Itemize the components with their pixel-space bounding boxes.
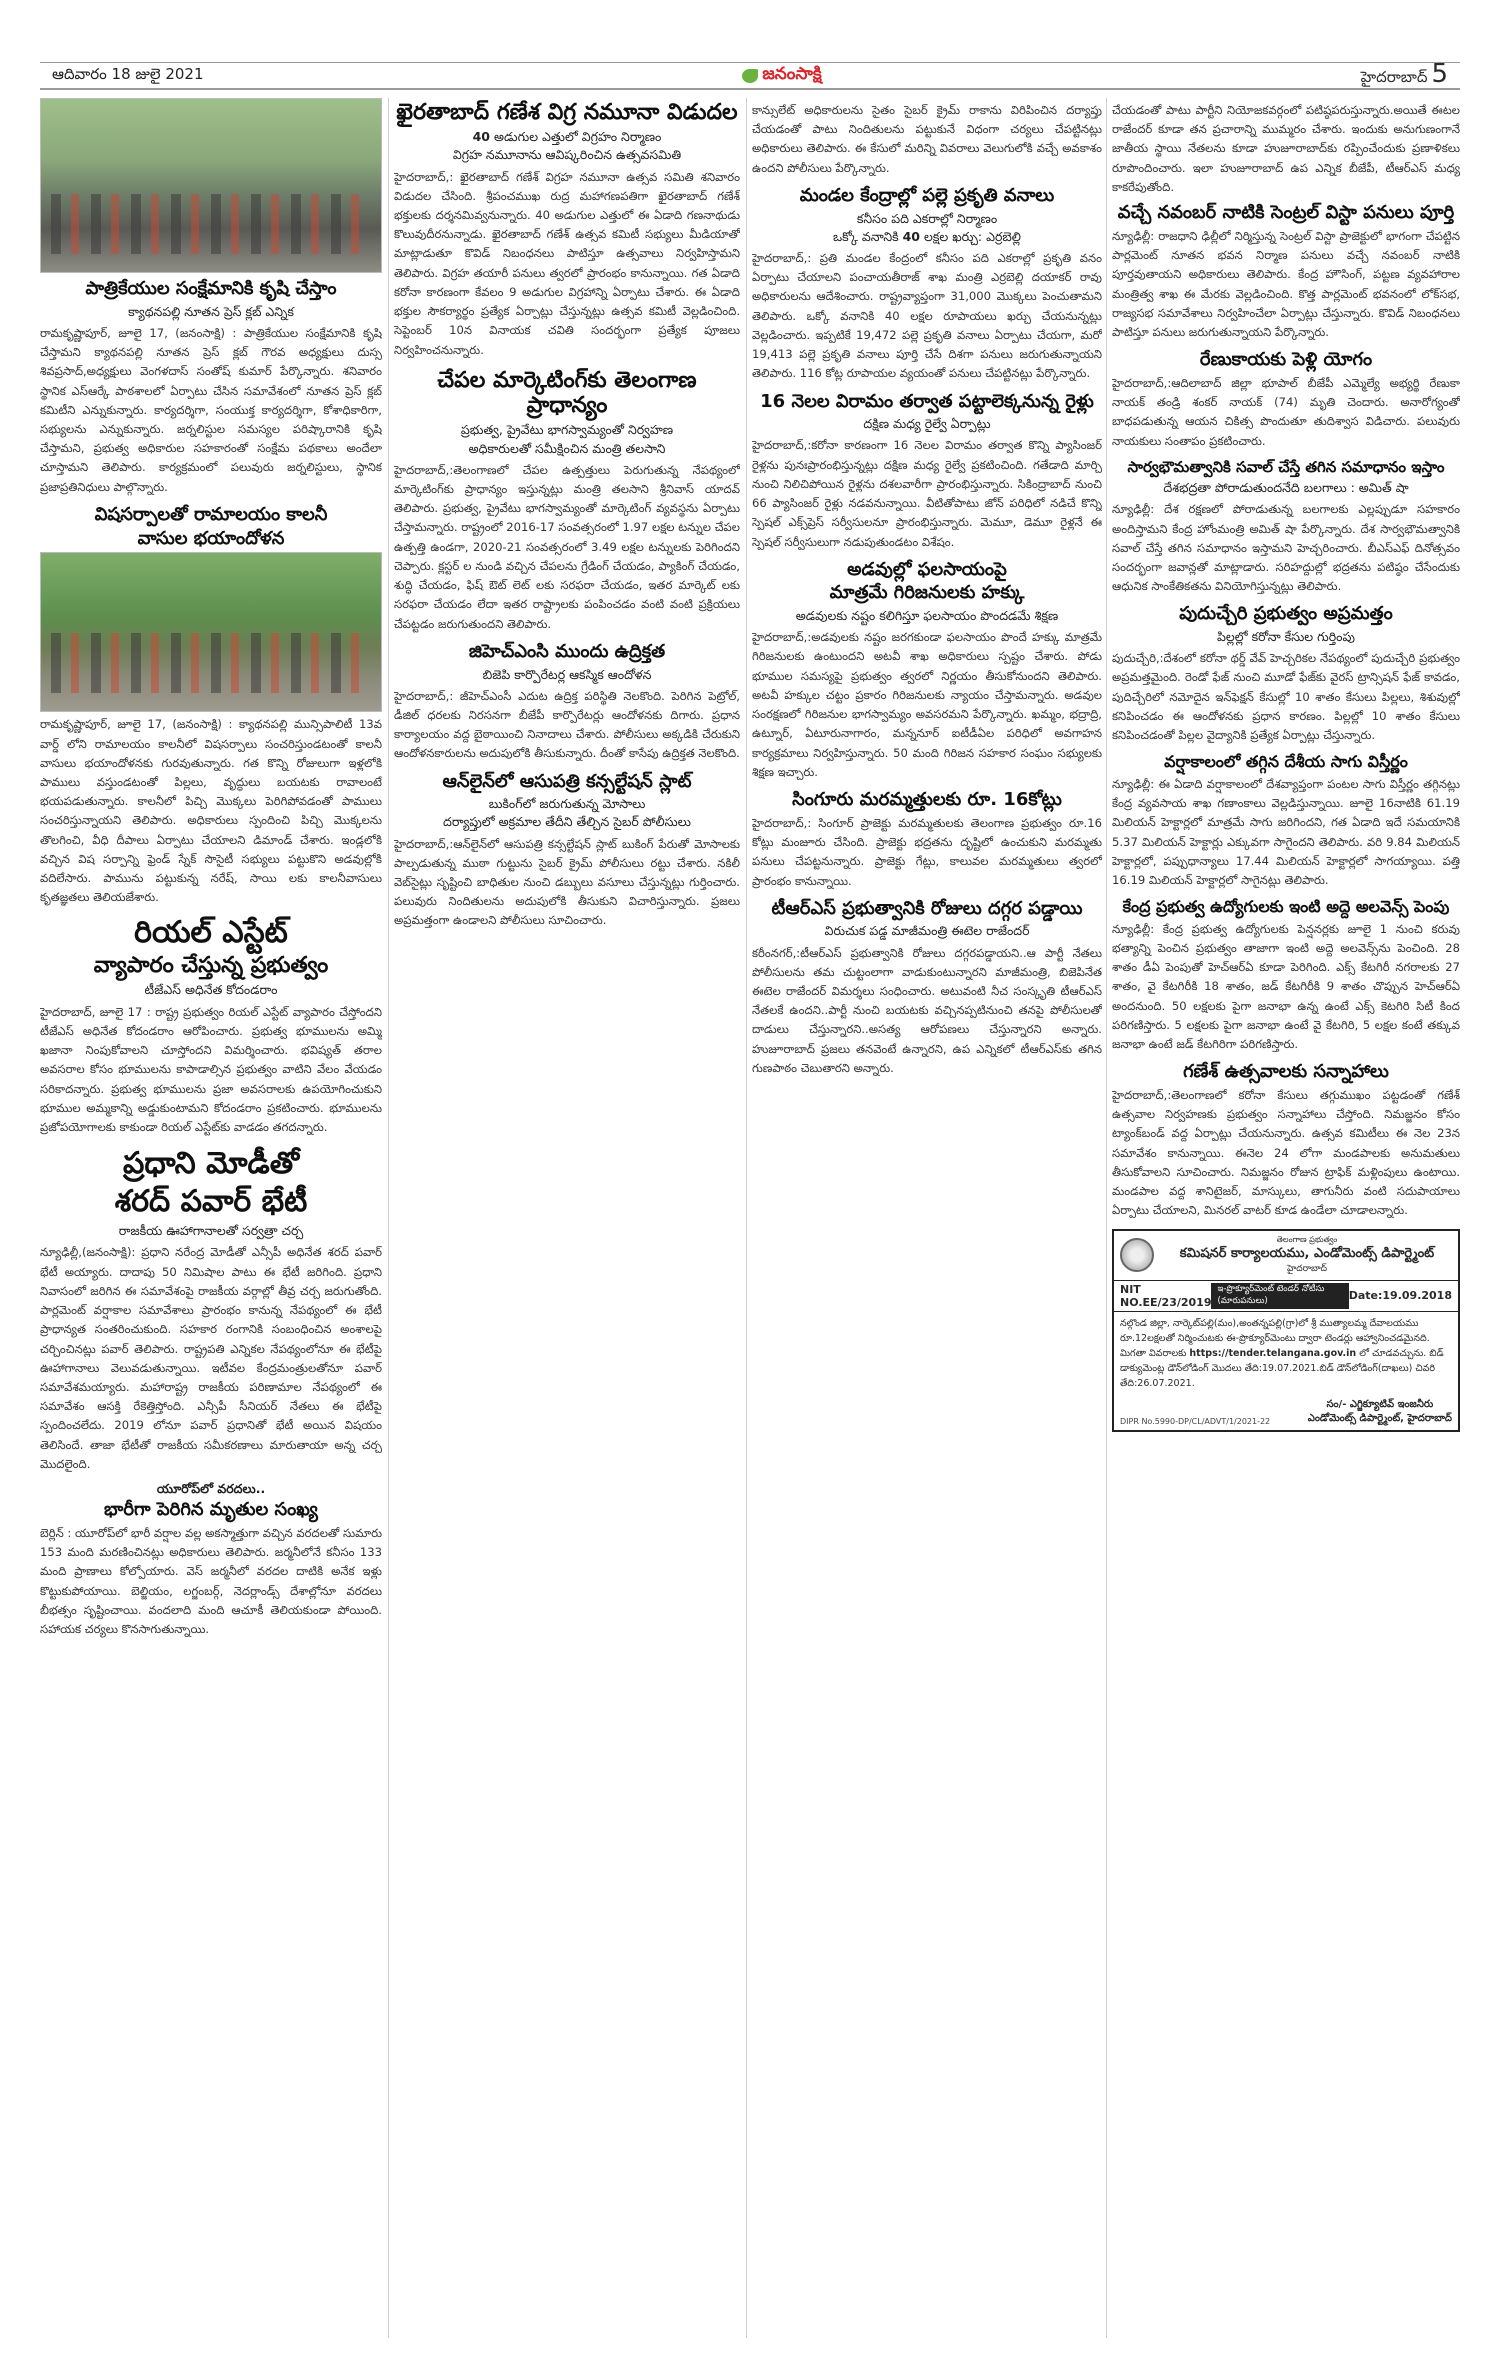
subheadline: అడవులకు నష్టం కలిగిస్తూ ఫలసాయం పొందడమే శ… bbox=[752, 607, 1102, 625]
page-masthead: ఆదివారం 18 జులై 2021 జనంసాక్షి హైదరాబాద్… bbox=[40, 62, 1460, 90]
article-renuka[interactable]: రేణుకాయకు పెళ్లి యోగం హైదరాబాద్,:ఆదిలాబా… bbox=[1112, 350, 1460, 451]
article-body: న్యూఢిల్లీ: కేంద్ర ప్రభుత్వ ఉద్యోగులకు ప… bbox=[1112, 920, 1460, 1055]
issue-date: ఆదివారం 18 జులై 2021 bbox=[52, 65, 204, 87]
article-body: హైదరాబాద్,: ఖైరతాబాద్ గణేశ్ విగ్రహ నమూనా… bbox=[394, 168, 740, 360]
ad-header: తెలంగాణ ప్రభుత్వం కమిషనర్ కార్యాలయము, ఎం… bbox=[1114, 1231, 1458, 1281]
subheadline-line-2: విగ్రహ నమూనాను ఆవిష్కరించిన ఉత్సవసమితి bbox=[394, 146, 740, 164]
article-modi-pawar[interactable]: ప్రధాని మోడీతో శరద్ పవార్ భేటీ రాజకీయ ఊహ… bbox=[40, 1147, 382, 1474]
column-divider bbox=[388, 98, 389, 2338]
headline: పాత్రికేయుల సంక్షేమానికి కృషి చేస్తాం bbox=[40, 279, 382, 300]
article-body: హైదరాబాద్,:తెలంగాణలో చేపల ఉత్పత్తులు పెర… bbox=[394, 461, 740, 634]
headline-line-2: శరద్ పవార్ భేటీ bbox=[40, 1185, 382, 1220]
article-body: హైదరాబాద్,: జీహెచ్‌ఎంసీ ఎదుట ఉద్రిక్త పర… bbox=[394, 687, 740, 764]
article-snake-colony[interactable]: విషసర్పాలతో రామాలయం కాలనీ వాసుల భయాందోళన… bbox=[40, 505, 382, 908]
article-security-review[interactable]: సార్వభౌమత్వానికి సవాల్ చేస్తే తగిన సమాధా… bbox=[1112, 459, 1460, 597]
subheadline-line-1: బుకింగ్‌లో జరుగుతున్న మోసాలు bbox=[394, 795, 740, 813]
height-value: 40 bbox=[473, 129, 490, 144]
article-hra-allowance[interactable]: కేంద్ర ప్రభుత్వ ఉద్యోగులకు ఇంటి అద్దె అల… bbox=[1112, 898, 1460, 1054]
article-monsoon-sowing[interactable]: వర్షాకాలంలో తగ్గిన దేశీయ సాగు విస్తీర్ణం… bbox=[1112, 753, 1460, 890]
headline: కేంద్ర ప్రభుత్వ ఉద్యోగులకు ఇంటి అద్దె అల… bbox=[1112, 898, 1460, 916]
subheadline: పిల్లల్లో కరోనా కేసుల గుర్తింపు bbox=[1112, 628, 1460, 646]
subheadline-line-2: అధికారులతో సమీక్షించిన మంత్రి తలసాని bbox=[394, 440, 740, 458]
article-body: రామకృష్ణాపూర్, జూలై 17, (జనంసాక్షి) : క్… bbox=[40, 715, 382, 907]
article-body: పుదుచ్చేరి,:దేశంలో కరోనా థర్డ్ వేవ్ హెచ్… bbox=[1112, 649, 1460, 745]
headline: వర్షాకాలంలో తగ్గిన దేశీయ సాగు విస్తీర్ణం bbox=[1112, 753, 1460, 771]
edition-name: హైదరాబాద్ bbox=[1361, 68, 1428, 90]
subheadline-line-1: 40 అడుగుల ఎత్తులో విగ్రహం నిర్మాణం bbox=[394, 128, 740, 146]
column-2: ఖైరతాబాద్ గణేశ విగ్ర నమూనా విడుదల 40 అడు… bbox=[394, 98, 740, 2338]
article-body: హైదరాబాద్,:ఆదిలాబాద్ జిల్లా భూపాల్ బీజేప… bbox=[1112, 374, 1460, 451]
column-divider bbox=[1106, 98, 1107, 2338]
ad-department: కమిషనర్ కార్యాలయము, ఎండోమెంట్స్ డిపార్ట్… bbox=[1162, 1246, 1452, 1264]
street-photo bbox=[40, 552, 382, 712]
subheadline-line-2: ఒక్కో వనానికి 40 లక్షల ఖర్చు: ఎర్రబెల్లి bbox=[752, 228, 1102, 246]
headline: మండల కేంద్రాల్లో పల్లె ప్రకృతి వనాలు bbox=[752, 186, 1102, 207]
ad-date: Date:19.09.2018 bbox=[1349, 1289, 1452, 1302]
article-body: హైదరాబాద్,:తెలంగాణలో కరోనా కేసులు తగ్గుమ… bbox=[1112, 1086, 1460, 1221]
article-body: రామకృష్ణాపూర్, జూలై 17, (జనంసాక్షి) : పా… bbox=[40, 324, 382, 497]
headline: టీఆర్ఎస్ ప్రభుత్వానికి రోజులు దగ్గర పడ్డ… bbox=[752, 899, 1102, 920]
cost-value: 40 bbox=[903, 229, 920, 244]
article-trs-etela[interactable]: టీఆర్ఎస్ ప్రభుత్వానికి రోజులు దగ్గర పడ్డ… bbox=[752, 899, 1102, 1078]
headline-line-1: రియల్ ఎస్టేట్ bbox=[40, 916, 382, 951]
column-1: పాత్రికేయుల సంక్షేమానికి కృషి చేస్తాం క్… bbox=[40, 98, 382, 2338]
headline: భారీగా పెరిగిన మృతుల సంఖ్య bbox=[40, 1500, 382, 1521]
article-central-vista[interactable]: వచ్చే నవంబర్ నాటికి సెంట్రల్ విస్టా పనుల… bbox=[1112, 203, 1460, 342]
headline: సింగూరు మరమ్మత్తులకు రూ. 16కోట్లు bbox=[752, 790, 1102, 811]
edition-info: హైదరాబాద్ 5 bbox=[1361, 61, 1448, 90]
article-huzurabad[interactable]: చేయడంతో పాటు పార్టీని నియోజకవర్గంలో పటిష… bbox=[1112, 101, 1460, 197]
page-number: 5 bbox=[1431, 61, 1448, 87]
subheadline: రాజకీయ ఊహాగానాలతో సర్వత్రా చర్చ bbox=[40, 1222, 382, 1240]
article-body: హైదరాబాద్, జూలై 17 : రాష్ట్ర ప్రభుత్వం ర… bbox=[40, 1003, 382, 1138]
tender-tag: ఇ-ప్రొక్యూర్‌మెంట్ టెండర్ నోటీసు (మారుపన… bbox=[1211, 1283, 1348, 1309]
headline: పుదుచ్చేరి ప్రభుత్వం అప్రమత్తం bbox=[1112, 604, 1460, 625]
article-cyber-continued[interactable]: కాన్సులేట్ అధికారులను సైతం సైబర్ క్రైమ్ … bbox=[752, 101, 1102, 178]
article-fish-marketing[interactable]: చేపల మార్కెటింగ్‌కు తెలంగాణ ప్రాధాన్యం ప… bbox=[394, 368, 740, 634]
article-body: న్యూఢిల్లీ: రాజధాని ఢిల్లీలో నిర్మిస్తున… bbox=[1112, 227, 1460, 342]
subheadline: విరుచుక పడ్డ మాజీమంత్రి ఈటెల రాజేందర్ bbox=[752, 922, 1102, 940]
article-europe-floods[interactable]: యూరోప్‌లో వరదలు.. భారీగా పెరిగిన మృతుల స… bbox=[40, 1480, 382, 1639]
headline: వచ్చే నవంబర్ నాటికి సెంట్రల్ విస్టా పనుల… bbox=[1112, 203, 1460, 224]
article-body: హైదరాబాద్,: సింగూర్ ప్రాజెక్టు మరమ్మతులక… bbox=[752, 814, 1102, 891]
headline: ఆన్‌లైన్‌లో ఆసుపత్రి కన్సల్టేషన్ స్లాట్ bbox=[394, 772, 740, 793]
article-real-estate[interactable]: రియల్ ఎస్టేట్ వ్యాపారం చేస్తున్న ప్రభుత్… bbox=[40, 916, 382, 1138]
article-online-slot-fraud[interactable]: ఆన్‌లైన్‌లో ఆసుపత్రి కన్సల్టేషన్ స్లాట్ … bbox=[394, 772, 740, 931]
subheadline: దక్షిణ మధ్య రైల్వే ఏర్పాట్లు bbox=[752, 415, 1102, 433]
ad-govt-line: తెలంగాణ ప్రభుత్వం bbox=[1162, 1235, 1452, 1246]
article-nature-parks[interactable]: మండల కేంద్రాల్లో పల్లె ప్రకృతి వనాలు కనీ… bbox=[752, 186, 1102, 384]
subheadline: దేశభద్రతా పోరాడుతుందనేది బలగాలు : అమిత్ … bbox=[1112, 479, 1460, 497]
article-body: న్యూఢిల్లీ,(జనంసాక్షి): ప్రధాని నరేంద్ర … bbox=[40, 1243, 382, 1474]
article-ganesh-idol[interactable]: ఖైరతాబాద్ గణేశ విగ్ర నమూనా విడుదల 40 అడు… bbox=[394, 100, 740, 360]
dipr-number: DIPR No.5990-DP/CL/ADVT/1/2021-22 bbox=[1120, 1417, 1270, 1426]
newspaper-name: జనంసాక్షి bbox=[762, 64, 821, 88]
headline: 16 నెలల విరామం తర్వాత పట్టాలెక్కనున్న రై… bbox=[752, 392, 1102, 413]
article-body: కరీంనగర్,:టీఆర్ఎస్ ప్రభుత్వానికి రోజులు … bbox=[752, 944, 1102, 1079]
headline-line-1: ప్రధాని మోడీతో bbox=[40, 1147, 382, 1182]
ad-nit-row: NIT NO.EE/23/2019 ఇ-ప్రొక్యూర్‌మెంట్ టెం… bbox=[1114, 1281, 1458, 1312]
article-body: కాన్సులేట్ అధికారులను సైతం సైబర్ క్రైమ్ … bbox=[752, 101, 1102, 178]
article-tribal-rights[interactable]: అడవుల్లో ఫలసాయంపై మాత్రమే గిరిజనులకు హక్… bbox=[752, 560, 1102, 782]
article-body: హైదరాబాద్,:అడవులకు నష్టం జరగకుండా ఫలసాయం… bbox=[752, 628, 1102, 782]
subheadline-line-2: దర్యాప్తులో అక్రమాల తేదీని తేల్చిన సైబర్… bbox=[394, 813, 740, 831]
government-emblem-icon bbox=[1120, 1238, 1154, 1272]
headline-line-2: మాత్రమే గిరిజనులకు హక్కు bbox=[752, 583, 1102, 604]
article-ghmc-protest[interactable]: జిహెచ్‌ఎంసి ముందు ఉద్రిక్తత బిజెపి కార్ప… bbox=[394, 642, 740, 764]
article-ganesh-arrangements[interactable]: గణేశ్ ఉత్సవాలకు సన్నాహాలు హైదరాబాద్,:తెల… bbox=[1112, 1062, 1460, 1220]
ad-signature: సం/- ఎగ్జిక్యూటివ్ ఇంజనీరు ఎండోమెంట్స్ డ… bbox=[1308, 1398, 1452, 1426]
headline: గణేశ్ ఉత్సవాలకు సన్నాహాలు bbox=[1112, 1062, 1460, 1083]
ad-city: హైదరాబాద్ bbox=[1162, 1264, 1452, 1276]
group-photo bbox=[40, 98, 382, 273]
column-4: చేయడంతో పాటు పార్టీని నియోజకవర్గంలో పటిష… bbox=[1112, 98, 1460, 2338]
newspaper-logo[interactable]: జనంసాక్షి bbox=[742, 64, 821, 88]
headline-line-2: వ్యాపారం చేస్తున్న ప్రభుత్వం bbox=[40, 953, 382, 978]
article-body: న్యూఢిల్లీ: దేశ రక్షణలో పోరాడుతున్న బలగా… bbox=[1112, 500, 1460, 596]
article-press-club[interactable]: పాత్రికేయుల సంక్షేమానికి కృషి చేస్తాం క్… bbox=[40, 98, 382, 497]
headline: జిహెచ్‌ఎంసి ముందు ఉద్రిక్తత bbox=[394, 642, 740, 663]
subheadline: టీజేఎస్ అధినేత కోదండరాం bbox=[40, 981, 382, 999]
headline: రేణుకాయకు పెళ్లి యోగం bbox=[1112, 350, 1460, 371]
headline-line-1: విషసర్పాలతో రామాలయం కాలనీ bbox=[40, 505, 382, 526]
article-body: హైదరాబాద్,: ప్రతి మండల కేంద్రంలో కనీసం ప… bbox=[752, 249, 1102, 384]
telangana-map-icon bbox=[742, 69, 758, 83]
newspaper-page: పాత్రికేయుల సంక్షేమానికి కృషి చేస్తాం క్… bbox=[40, 98, 1460, 2338]
subheadline: క్యాథనపల్లి నూతన ప్రెస్ క్లబ్ ఎన్నిక bbox=[40, 303, 382, 321]
kicker: యూరోప్‌లో వరదలు.. bbox=[40, 1480, 382, 1498]
tender-link[interactable]: https://tender.telangana.gov.in bbox=[1189, 1348, 1356, 1359]
headline-line-2: వాసుల భయాందోళన bbox=[40, 529, 382, 550]
article-body: చేయడంతో పాటు పార్టీని నియోజకవర్గంలో పటిష… bbox=[1112, 101, 1460, 197]
headline-line-1: అడవుల్లో ఫలసాయంపై bbox=[752, 560, 1102, 581]
article-trains[interactable]: 16 నెలల విరామం తర్వాత పట్టాలెక్కనున్న రై… bbox=[752, 392, 1102, 552]
ad-footer: DIPR No.5990-DP/CL/ADVT/1/2021-22 సం/- ఎ… bbox=[1114, 1396, 1458, 1430]
headline: సార్వభౌమత్వానికి సవాల్ చేస్తే తగిన సమాధా… bbox=[1112, 459, 1460, 476]
tender-advertisement[interactable]: తెలంగాణ ప్రభుత్వం కమిషనర్ కార్యాలయము, ఎం… bbox=[1112, 1229, 1460, 1432]
subheadline-line-1: ప్రభుత్వ, ప్రైవేటు భాగస్వామ్యంతో నిర్వహణ bbox=[394, 421, 740, 439]
subheadline-line-1: కనీసం పది ఎకరాల్లో నిర్మాణం bbox=[752, 210, 1102, 228]
subheadline: బిజెపి కార్పొరేటర్ల ఆకస్మిక ఆందోళన bbox=[394, 666, 740, 684]
column-divider bbox=[746, 98, 747, 2338]
article-singur[interactable]: సింగూరు మరమ్మత్తులకు రూ. 16కోట్లు హైదరాబ… bbox=[752, 790, 1102, 891]
column-3: కాన్సులేట్ అధికారులను సైతం సైబర్ క్రైమ్ … bbox=[752, 98, 1102, 2338]
article-body: హైదరాబాద్,:కరోనా కారణంగా 16 నెలల విరామం … bbox=[752, 436, 1102, 551]
headline: ఖైరతాబాద్ గణేశ విగ్ర నమూనా విడుదల bbox=[394, 100, 740, 125]
ad-text: నల్గొండ జిల్లా, నార్కెట్‌పల్లి(మం),అంతన్… bbox=[1114, 1312, 1458, 1396]
article-body: న్యూఢిల్లీ: ఈ ఏడాది వర్షాకాలంలో దేశవ్యాప… bbox=[1112, 775, 1460, 890]
headline: చేపల మార్కెటింగ్‌కు తెలంగాణ ప్రాధాన్యం bbox=[394, 368, 740, 419]
article-body: బెర్లిన్ : యూరోప్‌లో భారీ వర్షాల వల్ల అక… bbox=[40, 1524, 382, 1639]
nit-number: NIT NO.EE/23/2019 bbox=[1120, 1283, 1211, 1309]
article-puducherry[interactable]: పుదుచ్చేరి ప్రభుత్వం అప్రమత్తం పిల్లల్లో… bbox=[1112, 604, 1460, 745]
article-body: హైదరాబాద్,:ఆన్‌లైన్‌లో ఆసుపత్రి కన్సల్టే… bbox=[394, 835, 740, 931]
